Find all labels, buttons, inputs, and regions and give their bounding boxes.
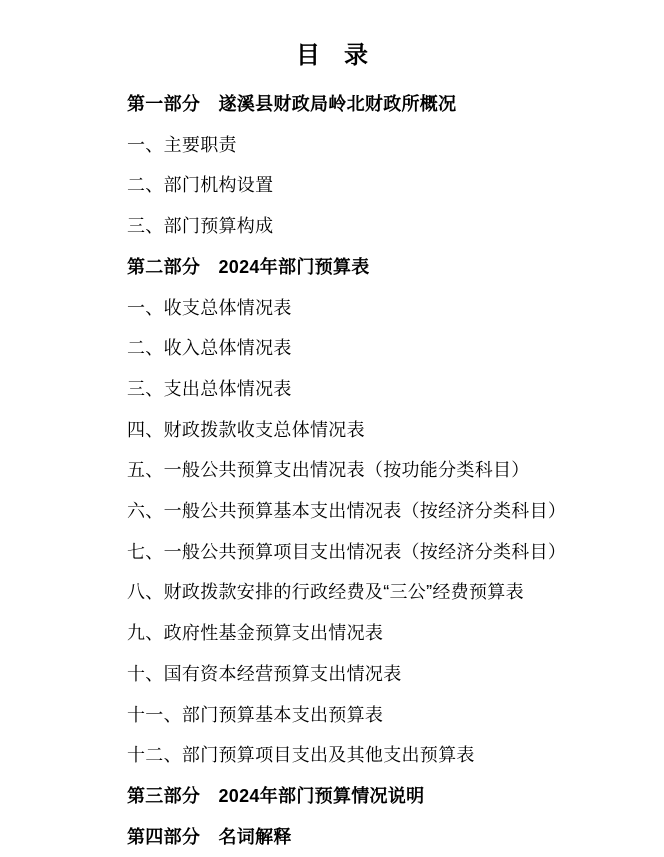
toc-item: 一、收支总体情况表 bbox=[127, 288, 644, 329]
page-title: 目 录 bbox=[0, 42, 664, 70]
toc-item: 九、政府性基金预算支出情况表 bbox=[127, 613, 644, 654]
toc-item: 十一、部门预算基本支出预算表 bbox=[127, 695, 644, 736]
toc-section-heading: 第四部分 名词解释 bbox=[127, 817, 644, 857]
toc-section-heading: 第一部分 遂溪县财政局岭北财政所概况 bbox=[127, 84, 644, 125]
toc-item: 五、一般公共预算支出情况表（按功能分类科目） bbox=[127, 450, 644, 491]
toc-item: 二、部门机构设置 bbox=[127, 165, 644, 206]
toc-list: 第一部分 遂溪县财政局岭北财政所概况一、主要职责二、部门机构设置三、部门预算构成… bbox=[0, 84, 664, 857]
toc-item: 八、财政拨款安排的行政经费及“三公”经费预算表 bbox=[127, 572, 644, 613]
toc-item: 二、收入总体情况表 bbox=[127, 328, 644, 369]
toc-item: 十二、部门预算项目支出及其他支出预算表 bbox=[127, 735, 644, 776]
toc-item: 三、部门预算构成 bbox=[127, 206, 644, 247]
toc-section-heading: 第二部分 2024年部门预算表 bbox=[127, 247, 644, 288]
document-page: 目 录 第一部分 遂溪县财政局岭北财政所概况一、主要职责二、部门机构设置三、部门… bbox=[0, 0, 664, 857]
toc-item: 一、主要职责 bbox=[127, 125, 644, 166]
toc-item: 七、一般公共预算项目支出情况表（按经济分类科目） bbox=[127, 532, 644, 573]
toc-item: 三、支出总体情况表 bbox=[127, 369, 644, 410]
toc-section-heading: 第三部分 2024年部门预算情况说明 bbox=[127, 776, 644, 817]
toc-item: 十、国有资本经营预算支出情况表 bbox=[127, 654, 644, 695]
toc-item: 四、财政拨款收支总体情况表 bbox=[127, 410, 644, 451]
toc-item: 六、一般公共预算基本支出情况表（按经济分类科目） bbox=[127, 491, 644, 532]
